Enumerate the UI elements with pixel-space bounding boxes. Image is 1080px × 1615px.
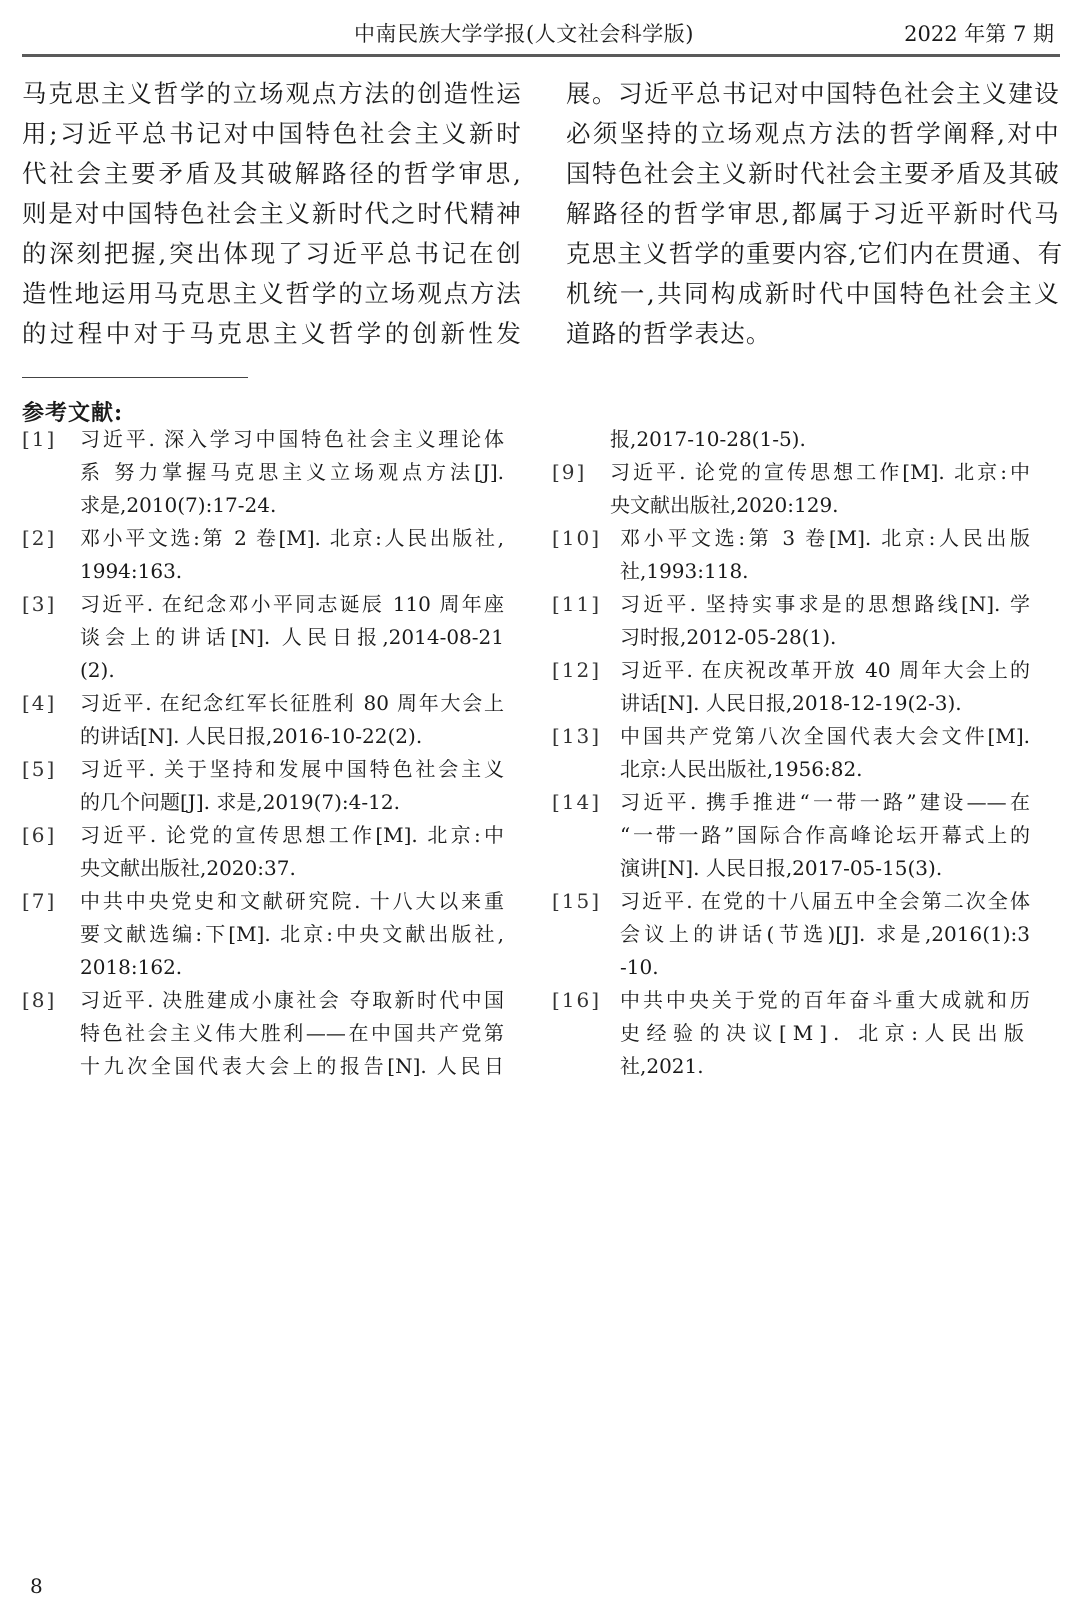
- reference-number: [11]: [552, 588, 601, 621]
- reference-line: 特色社会主义伟大胜利——在中国共产党第: [80, 1017, 504, 1050]
- reference-line: 系 努力掌握马克思主义立场观点方法[J].: [80, 456, 504, 489]
- reference-line: 习近平. 论党的宣传思想工作[M]. 北京:中: [80, 819, 504, 852]
- reference-line: 习近平. 决胜建成小康社会 夺取新时代中国: [80, 984, 504, 1017]
- reference-line: 十九次全国代表大会上的报告[N]. 人民日: [80, 1050, 504, 1083]
- body-line: 的深刻把握,突出体现了习近平总书记在创: [22, 234, 522, 274]
- reference-number: [13]: [552, 720, 601, 753]
- reference-number: [4]: [22, 687, 56, 720]
- reference-item: [7] 中共中央党史和文献研究院. 十八大以来重 要文献选编:下[M]. 北京:…: [22, 885, 504, 984]
- reference-number: [1]: [22, 423, 56, 456]
- reference-line: 1994:163.: [80, 555, 504, 588]
- reference-line: (2).: [80, 654, 504, 687]
- reference-line: 习近平. 携手推进“一带一路”建设——在: [620, 786, 1030, 819]
- reference-number: [2]: [22, 522, 56, 555]
- body-line: 国特色社会主义新时代社会主要矛盾及其破: [566, 154, 1060, 194]
- reference-line: 邓小平文选:第 2 卷[M]. 北京:人民出版社,: [80, 522, 504, 555]
- header-rule: [22, 54, 1060, 57]
- reference-item: [9] 习近平. 论党的宣传思想工作[M]. 北京:中 央文献出版社,2020:…: [552, 456, 1030, 522]
- reference-item: [11] 习近平. 坚持实事求是的思想路线[N]. 学 习时报,2012-05-…: [552, 588, 1030, 654]
- reference-line: 北京:人民出版社,1956:82.: [620, 753, 1030, 786]
- reference-item: [5] 习近平. 关于坚持和发展中国特色社会主义 的几个问题[J]. 求是,20…: [22, 753, 504, 819]
- reference-number: [7]: [22, 885, 56, 918]
- reference-number: [5]: [22, 753, 56, 786]
- reference-item: [14] 习近平. 携手推进“一带一路”建设——在 “一带一路”国际合作高峰论坛…: [552, 786, 1030, 885]
- reference-number: [3]: [22, 588, 56, 621]
- reference-item: [13] 中国共产党第八次全国代表大会文件[M]. 北京:人民出版社,1956:…: [552, 720, 1030, 786]
- reference-item: [15] 习近平. 在党的十八届五中全会第二次全体 会议上的讲话(节选)[J].…: [552, 885, 1030, 984]
- reference-line: 习近平. 在纪念红军长征胜利 80 周年大会上: [80, 687, 504, 720]
- page-number: 8: [30, 1574, 43, 1598]
- reference-line: 央文献出版社,2020:37.: [80, 852, 504, 885]
- reference-number: [14]: [552, 786, 601, 819]
- reference-line: 邓小平文选:第 3 卷[M]. 北京:人民出版: [620, 522, 1030, 555]
- reference-number: [15]: [552, 885, 601, 918]
- reference-line: 习近平. 在党的十八届五中全会第二次全体: [620, 885, 1030, 918]
- reference-item: [6] 习近平. 论党的宣传思想工作[M]. 北京:中 央文献出版社,2020:…: [22, 819, 504, 885]
- reference-line: 中共中央关于党的百年奋斗重大成就和历: [620, 984, 1030, 1017]
- reference-item: [3] 习近平. 在纪念邓小平同志诞辰 110 周年座 谈会上的讲话[N]. 人…: [22, 588, 504, 687]
- reference-line: 习近平. 在纪念邓小平同志诞辰 110 周年座: [80, 588, 504, 621]
- body-line: 用;习近平总书记对中国特色社会主义新时: [22, 114, 522, 154]
- reference-number: [8]: [22, 984, 56, 1017]
- reference-line: 习近平. 关于坚持和发展中国特色社会主义: [80, 753, 504, 786]
- reference-item: [1] 习近平. 深入学习中国特色社会主义理论体 系 努力掌握马克思主义立场观点…: [22, 423, 504, 522]
- reference-continuation-line: 报,2017-10-28(1-5).: [552, 423, 1030, 456]
- reference-number: [6]: [22, 819, 56, 852]
- references-divider: [22, 377, 248, 378]
- body-line: 则是对中国特色社会主义新时代之时代精神: [22, 194, 522, 234]
- body-line: 必须坚持的立场观点方法的哲学阐释,对中: [566, 114, 1060, 154]
- reference-line: 习近平. 在庆祝改革开放 40 周年大会上的: [620, 654, 1030, 687]
- body-line: 克思主义哲学的重要内容,它们内在贯通、有: [566, 234, 1060, 274]
- reference-line: 社,1993:118.: [620, 555, 1030, 588]
- body-line: 道路的哲学表达。: [566, 314, 1060, 354]
- reference-line: 社,2021.: [620, 1050, 1030, 1083]
- reference-line: 求是,2010(7):17-24.: [80, 489, 504, 522]
- reference-item: [8] 习近平. 决胜建成小康社会 夺取新时代中国 特色社会主义伟大胜利——在中…: [22, 984, 504, 1083]
- reference-line: 会议上的讲话(节选)[J]. 求是,2016(1):3: [620, 918, 1030, 951]
- reference-number: [12]: [552, 654, 601, 687]
- reference-line: 习近平. 坚持实事求是的思想路线[N]. 学: [620, 588, 1030, 621]
- reference-line: 中共中央党史和文献研究院. 十八大以来重: [80, 885, 504, 918]
- reference-line: 央文献出版社,2020:129.: [610, 489, 1030, 522]
- body-line: 机统一,共同构成新时代中国特色社会主义: [566, 274, 1060, 314]
- reference-line: 习近平. 深入学习中国特色社会主义理论体: [80, 423, 504, 456]
- reference-line: 要文献选编:下[M]. 北京:中央文献出版社,: [80, 918, 504, 951]
- issue-label: 2022 年第 7 期: [904, 18, 1054, 48]
- body-line: 解路径的哲学审思,都属于习近平新时代马: [566, 194, 1060, 234]
- reference-number: [10]: [552, 522, 601, 555]
- body-line: 展。习近平总书记对中国特色社会主义建设: [566, 74, 1060, 114]
- reference-item: [2] 邓小平文选:第 2 卷[M]. 北京:人民出版社, 1994:163.: [22, 522, 504, 588]
- reference-line: 史经验的决议[M]. 北京:人民出版: [620, 1017, 1030, 1050]
- body-line: 马克思主义哲学的立场观点方法的创造性运: [22, 74, 522, 114]
- reference-number: [9]: [552, 456, 586, 489]
- reference-line: 习时报,2012-05-28(1).: [620, 621, 1030, 654]
- reference-line: 习近平. 论党的宣传思想工作[M]. 北京:中: [610, 456, 1030, 489]
- body-line: 造性地运用马克思主义哲学的立场观点方法: [22, 274, 522, 314]
- reference-line: “一带一路”国际合作高峰论坛开幕式上的: [620, 819, 1030, 852]
- body-line: 的过程中对于马克思主义哲学的创新性发: [22, 314, 522, 354]
- reference-item: [12] 习近平. 在庆祝改革开放 40 周年大会上的 讲话[N]. 人民日报,…: [552, 654, 1030, 720]
- body-text-left-column: 马克思主义哲学的立场观点方法的创造性运 用;习近平总书记对中国特色社会主义新时 …: [22, 74, 522, 354]
- reference-item: [4] 习近平. 在纪念红军长征胜利 80 周年大会上 的讲话[N]. 人民日报…: [22, 687, 504, 753]
- reference-item: [16] 中共中央关于党的百年奋斗重大成就和历 史经验的决议[M]. 北京:人民…: [552, 984, 1030, 1083]
- running-header: 中南民族大学学报(人文社会科学版) 2022 年第 7 期: [22, 14, 1060, 54]
- reference-line: 讲话[N]. 人民日报,2018-12-19(2-3).: [620, 687, 1030, 720]
- references-left-column: [1] 习近平. 深入学习中国特色社会主义理论体 系 努力掌握马克思主义立场观点…: [22, 423, 504, 1083]
- reference-line: 谈会上的讲话[N]. 人民日报,2014-08-21: [80, 621, 504, 654]
- references-right-column: 报,2017-10-28(1-5). [9] 习近平. 论党的宣传思想工作[M]…: [552, 423, 1030, 1083]
- reference-line: 的讲话[N]. 人民日报,2016-10-22(2).: [80, 720, 504, 753]
- reference-line: -10.: [620, 951, 1030, 984]
- body-text-right-column: 展。习近平总书记对中国特色社会主义建设 必须坚持的立场观点方法的哲学阐释,对中 …: [566, 74, 1060, 354]
- body-line: 代社会主要矛盾及其破解路径的哲学审思,: [22, 154, 522, 194]
- reference-line: 中国共产党第八次全国代表大会文件[M].: [620, 720, 1030, 753]
- journal-title: 中南民族大学学报(人文社会科学版): [354, 18, 694, 48]
- reference-item: [10] 邓小平文选:第 3 卷[M]. 北京:人民出版 社,1993:118.: [552, 522, 1030, 588]
- reference-line: 2018:162.: [80, 951, 504, 984]
- reference-line: 的几个问题[J]. 求是,2019(7):4-12.: [80, 786, 504, 819]
- reference-line: 演讲[N]. 人民日报,2017-05-15(3).: [620, 852, 1030, 885]
- reference-number: [16]: [552, 984, 601, 1017]
